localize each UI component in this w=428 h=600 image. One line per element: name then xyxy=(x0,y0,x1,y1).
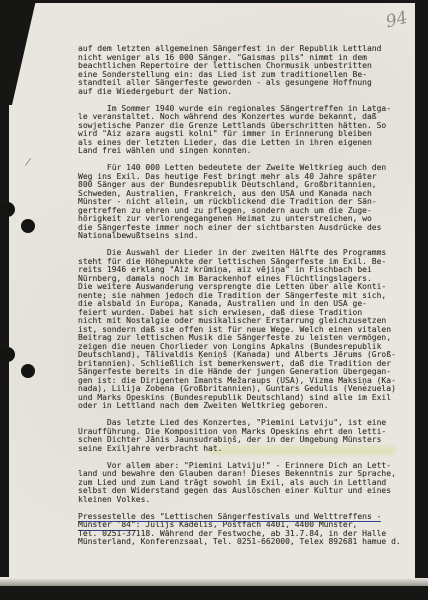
scan-edge-top xyxy=(0,0,428,3)
paragraph-piemini-latviju-urauffuehrung: Das letzte Lied des Konzertes, "Piemini … xyxy=(78,419,401,453)
paragraph-exil-140000: Für 140 000 Letten bedeutete der Zweite … xyxy=(78,164,401,241)
document-body: auf dem letzten allgemeinen Sängerfest i… xyxy=(78,45,401,547)
hole-punch-mark xyxy=(0,202,15,217)
pencil-margin-tick: / xyxy=(24,157,32,169)
footer-press-contact: Pressestelle des "Lettischen Sängerfesti… xyxy=(78,513,401,547)
paragraph-gaismas-pils: auf dem letzten allgemeinen Sängerfest i… xyxy=(78,45,401,96)
hole-punch-mark xyxy=(21,219,35,233)
scanned-document-page: 94 / auf dem letzten allgemeinen Sängerf… xyxy=(0,0,428,600)
paragraph-sommer-1940: Im Sommer 1940 wurde ein regionales Säng… xyxy=(78,105,401,156)
hole-punch-mark xyxy=(21,364,35,378)
scan-edge-bottom xyxy=(0,586,428,600)
paragraph-liederauswahl: Die Auswahl der Lieder in der zweiten Hä… xyxy=(78,249,401,411)
scan-edge-right xyxy=(415,0,428,600)
paper-corner-top-left xyxy=(0,0,42,110)
paper-bottom-shadow xyxy=(0,578,428,586)
paragraph-vor-allem-aber: Vor allem aber: "Piemini Latviju!" - Eri… xyxy=(78,462,401,505)
handwritten-page-number: 94 xyxy=(384,8,410,33)
hole-punch-mark xyxy=(0,347,15,362)
